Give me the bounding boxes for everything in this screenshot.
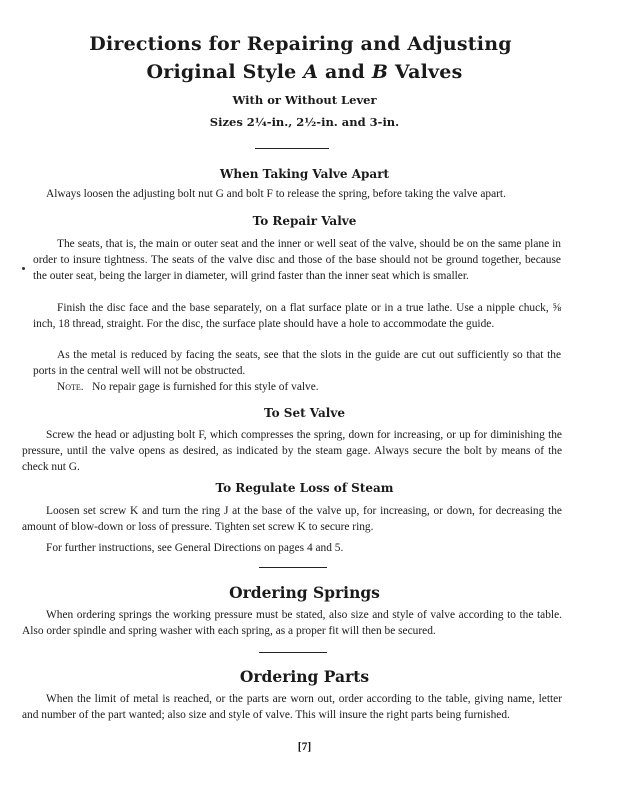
- scan-speck: [22, 267, 25, 270]
- section-heading: To Set Valve: [0, 406, 617, 420]
- divider-rule: [255, 148, 329, 149]
- title-mid: and: [318, 61, 372, 83]
- paragraph: When ordering springs the working pressu…: [22, 608, 562, 640]
- note-label: Note.: [57, 381, 84, 393]
- paragraph: For further instructions, see General Di…: [22, 541, 562, 557]
- paragraph: Finish the disc face and the base separa…: [33, 301, 561, 333]
- subtitle-sizes: Sizes 2¼-in., 2½-in. and 3-in.: [0, 115, 617, 129]
- note-paragraph: Note. No repair gage is furnished for th…: [33, 380, 561, 396]
- page-number: [7]: [0, 741, 617, 753]
- paragraph: Screw the head or adjusting bolt F, whic…: [22, 428, 562, 475]
- document-page: Directions for Repairing and Adjusting O…: [0, 0, 625, 803]
- section-heading-large: Ordering Parts: [0, 667, 617, 686]
- paragraph: When the limit of metal is reached, or t…: [22, 692, 562, 724]
- paragraph: The seats, that is, the main or outer se…: [33, 237, 561, 284]
- page-title: Directions for Repairing and Adjusting: [0, 33, 613, 55]
- divider-rule: [259, 567, 327, 568]
- note-text: No repair gage is furnished for this sty…: [92, 381, 318, 393]
- style-b: B: [372, 61, 388, 83]
- section-heading: To Repair Valve: [0, 214, 617, 228]
- section-heading: To Regulate Loss of Steam: [0, 481, 617, 495]
- divider-rule: [259, 652, 327, 653]
- title-prefix: Original Style: [147, 61, 304, 83]
- paragraph: Loosen set screw K and turn the ring J a…: [22, 504, 562, 536]
- page-title-line2: Original Style A and B Valves: [0, 61, 617, 83]
- paragraph: As the metal is reduced by facing the se…: [33, 348, 561, 380]
- subtitle-lever: With or Without Lever: [0, 93, 617, 107]
- title-suffix: Valves: [388, 61, 462, 83]
- paragraph: Always loosen the adjusting bolt nut G a…: [22, 187, 562, 203]
- section-heading-large: Ordering Springs: [0, 583, 617, 602]
- style-a: A: [303, 61, 318, 83]
- section-heading: When Taking Valve Apart: [0, 167, 617, 181]
